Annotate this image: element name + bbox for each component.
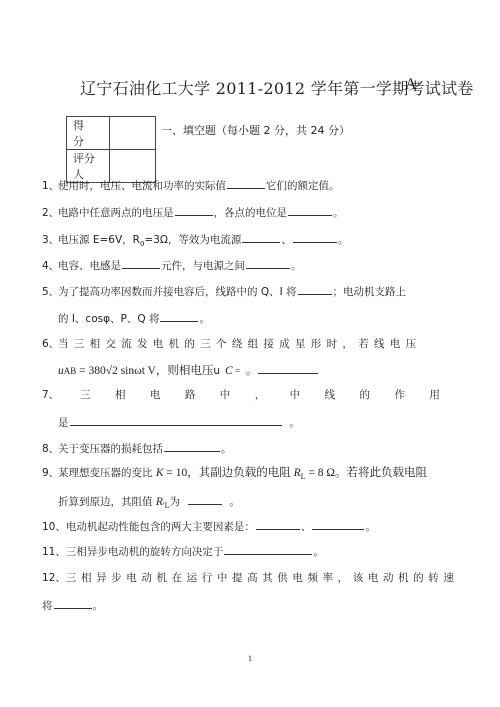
math-var: K bbox=[156, 467, 164, 479]
question-text: 使用时，电压、电流和功率的实际值 bbox=[58, 180, 226, 192]
question-number: 8、 bbox=[42, 442, 58, 456]
question-11: 11、三相异步电动机的旋转方向决定于。 bbox=[42, 543, 324, 559]
answer-blank[interactable] bbox=[70, 414, 282, 426]
answer-blank[interactable] bbox=[298, 283, 332, 295]
answer-blank[interactable] bbox=[160, 310, 198, 322]
question-number: 5、 bbox=[42, 285, 58, 299]
score-table: 得 分 评分人 bbox=[66, 116, 156, 183]
math-subscript: AB bbox=[64, 366, 77, 376]
answer-blank[interactable] bbox=[188, 493, 222, 505]
answer-blank[interactable] bbox=[288, 204, 332, 216]
char: 路 bbox=[185, 388, 196, 402]
question-6: 6、当三相交流发电机的三个绕组接成星形时，若线电压 bbox=[42, 337, 421, 351]
question-number: 4、 bbox=[42, 259, 58, 273]
question-6-continuation: uAB = 380√2 sinωt V，则相电压uC = 。 bbox=[58, 362, 319, 378]
math-var: C bbox=[225, 365, 233, 377]
question-text: 。 bbox=[365, 521, 376, 533]
spread-text: 三 相 电 路 中 ， 中 线 的 作 用 bbox=[80, 388, 440, 402]
math-text: sinωt V，则相电压 bbox=[118, 365, 214, 377]
question-number: 1、 bbox=[42, 179, 58, 193]
question-7: 7、 三 相 电 路 中 ， 中 线 的 作 用 bbox=[42, 388, 440, 402]
question-5-continuation: 的 I、cosφ、P、Q 将。 bbox=[58, 310, 210, 326]
question-text: 折算到原边，其阻值 bbox=[58, 496, 156, 508]
question-text: 。 bbox=[229, 496, 240, 508]
math-sqrt: √2 bbox=[106, 365, 118, 377]
question-text: 三相异步电动机的旋转方向决定于 bbox=[66, 546, 224, 558]
question-number: 11、 bbox=[42, 546, 66, 558]
score-row: 得 分 bbox=[67, 117, 156, 150]
question-text: 某理想变压器的变比 bbox=[58, 467, 156, 479]
question-text: 是 bbox=[58, 417, 69, 429]
question-5: 5、为了提高功率因数而并接电容后，线路中的 Q、I 将；电动机支路上 bbox=[42, 283, 406, 299]
question-text: 。 bbox=[93, 600, 104, 612]
section-heading: 一、填空题（每小题 2 分，共 24 分） bbox=[161, 122, 350, 138]
question-text: 电容、电感是 bbox=[58, 260, 121, 272]
math-subscript: = bbox=[233, 366, 240, 376]
char: 中 bbox=[220, 388, 231, 402]
answer-blank[interactable] bbox=[227, 177, 265, 189]
math-var: R bbox=[156, 496, 163, 508]
question-text: 当三相交流发电机的三个绕组接成星形时，若线电压 bbox=[58, 338, 421, 350]
question-9: 9、某理想变压器的变比 K = 10，其副边负载的电阻 RL = 8 Ω。若将此… bbox=[42, 466, 427, 484]
question-number: 2、 bbox=[42, 206, 58, 220]
question-text: = 8 Ω。若将此负载电阻 bbox=[306, 467, 427, 479]
question-text: ；电动机支路上 bbox=[333, 286, 407, 298]
answer-blank[interactable] bbox=[258, 362, 318, 374]
char: 三 bbox=[80, 388, 91, 402]
question-7-continuation: 是 。 bbox=[58, 414, 300, 430]
char: 线 bbox=[325, 388, 336, 402]
question-number: 12、 bbox=[42, 572, 66, 584]
question-text: 。 bbox=[333, 207, 344, 219]
answer-blank[interactable] bbox=[293, 231, 337, 243]
question-text: 元件，与电源之间 bbox=[161, 260, 245, 272]
answer-blank[interactable] bbox=[122, 257, 160, 269]
question-text: u bbox=[213, 365, 225, 377]
question-2: 2、电路中任意两点的电压是，各点的电位是。 bbox=[42, 204, 344, 220]
answer-blank[interactable] bbox=[175, 204, 213, 216]
question-text: 为了提高功率因数而并接电容后，线路中的 Q、I 将 bbox=[58, 286, 297, 298]
question-number: 7、 bbox=[42, 388, 58, 402]
question-text: 将 bbox=[42, 600, 53, 612]
char: 作 bbox=[394, 388, 405, 402]
question-text: 三相异步电动机在运行中提高其供电频率，该电动机的转速 bbox=[66, 572, 459, 584]
question-12: 12、三相异步电动机在运行中提高其供电频率，该电动机的转速 bbox=[42, 571, 458, 585]
question-text: 电路中任意两点的电压是 bbox=[58, 207, 174, 219]
score-value-cell[interactable] bbox=[110, 117, 156, 150]
math-var: R bbox=[294, 467, 301, 479]
char: 用 bbox=[429, 388, 440, 402]
question-text: ，各点的电位是 bbox=[214, 207, 288, 219]
math-text: 。 bbox=[246, 365, 258, 377]
math-expression: uAB = 380√2 sinωt V，则相电压 bbox=[58, 365, 213, 377]
question-text: 。 bbox=[221, 443, 232, 455]
question-8: 8、关于变压器的损耗包括。 bbox=[42, 440, 232, 456]
question-number: 9、 bbox=[42, 466, 58, 480]
question-text: 为 bbox=[170, 496, 181, 508]
question-10: 10、电动机起动性能包含的两大主要因素是：、。 bbox=[42, 518, 376, 534]
char: 电 bbox=[150, 388, 161, 402]
question-number: 3、 bbox=[42, 233, 58, 247]
question-1: 1、使用时，电压、电流和功率的实际值它们的额定值。 bbox=[42, 177, 340, 193]
math-subscript: ′L bbox=[163, 501, 170, 510]
question-text: =3Ω，等效为电流源 bbox=[144, 234, 241, 246]
question-text: 电压源 E=6V，R bbox=[58, 234, 140, 246]
math-text: = 380 bbox=[76, 365, 106, 377]
question-text: 关于变压器的损耗包括 bbox=[58, 443, 163, 455]
math-expression: C = 。 bbox=[225, 365, 257, 377]
score-label: 得 分 bbox=[67, 117, 110, 150]
char: ， bbox=[255, 388, 266, 402]
question-text: 。 bbox=[338, 234, 349, 246]
page-number: 1 bbox=[248, 654, 252, 663]
question-4: 4、电容、电感是元件，与电源之间。 bbox=[42, 257, 302, 273]
char: 相 bbox=[115, 388, 126, 402]
answer-blank[interactable] bbox=[224, 543, 312, 555]
question-text: 它们的额定值。 bbox=[266, 180, 340, 192]
char: 的 bbox=[360, 388, 371, 402]
question-text: = 10，其副边负载的电阻 bbox=[164, 467, 294, 479]
question-9-continuation: 折算到原边，其阻值 R′L为 。 bbox=[58, 493, 240, 513]
char: 中 bbox=[290, 388, 301, 402]
answer-blank[interactable] bbox=[242, 231, 280, 243]
question-3: 3、电压源 E=6V，R0=3Ω，等效为电流源、。 bbox=[42, 231, 348, 251]
answer-blank[interactable] bbox=[164, 440, 220, 452]
question-number: 6、 bbox=[42, 337, 58, 351]
question-12-continuation: 将。 bbox=[42, 597, 103, 613]
question-text: 。 bbox=[313, 546, 324, 558]
answer-blank[interactable] bbox=[256, 518, 300, 530]
question-text: 、 bbox=[281, 234, 292, 246]
question-text: 。 bbox=[199, 313, 210, 325]
question-text: 、 bbox=[301, 521, 312, 533]
answer-blank[interactable] bbox=[312, 518, 364, 530]
exam-version: A bbox=[405, 76, 417, 94]
question-text: 的 I、cosφ、P、Q 将 bbox=[58, 313, 159, 325]
question-text: 。 bbox=[289, 417, 300, 429]
answer-blank[interactable] bbox=[246, 257, 290, 269]
answer-blank[interactable] bbox=[54, 597, 92, 609]
question-text: 。 bbox=[291, 260, 302, 272]
question-text: 电动机起动性能包含的两大主要因素是： bbox=[66, 521, 255, 533]
question-number: 10、 bbox=[42, 521, 66, 533]
